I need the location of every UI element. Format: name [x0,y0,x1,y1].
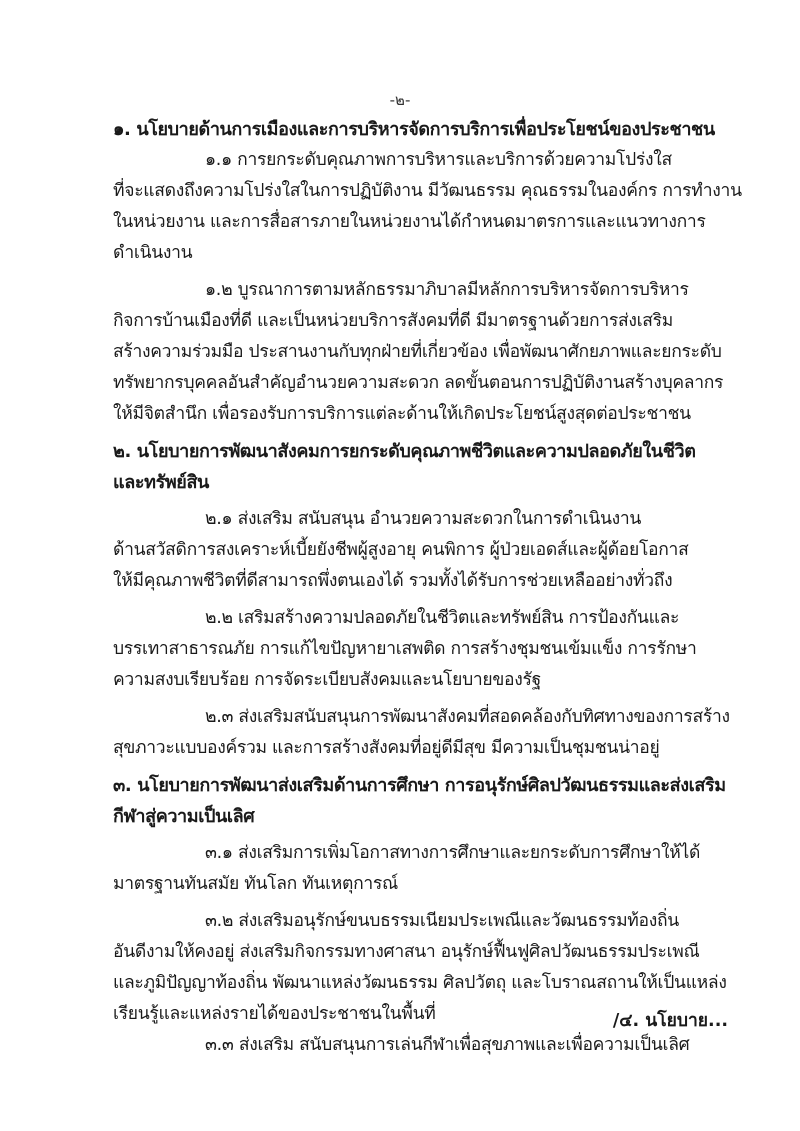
item-line: ๓.๑ ส่งเสริมการเพิ่มโอกาสทางการศึกษาและย… [113,838,735,869]
item-line: สร้างความร่วมมือ ประสานงานกับทุกฝ่ายที่เ… [113,337,735,368]
item-3-1: ๓.๑ ส่งเสริมการเพิ่มโอกาสทางการศึกษาและย… [113,838,735,900]
item-2-2: ๒.๒ เสริมสร้างความปลอดภัยในชีวิตและทรัพย… [113,603,735,696]
item-line: ๑.๒ บูรณาการตามหลักธรรมาภิบาลมีหลักการบร… [113,275,735,306]
item-1-1: ๑.๑ การยกระดับคุณภาพการบริหารและบริการด้… [113,145,735,269]
item-line: ๒.๑ ส่งเสริม สนับสนุน อำนวยความสะดวกในกา… [113,504,735,535]
item-line: มาตรฐานทันสมัย ทันโลก ทันเหตุการณ์ [113,869,735,900]
item-line: ๑.๑ การยกระดับคุณภาพการบริหารและบริการด้… [113,145,735,176]
document-page: -๒- ๑. นโยบายด้านการเมืองและการบริหารจัด… [0,0,800,1131]
item-line: ดำเนินงาน [113,238,735,269]
item-line: ๒.๒ เสริมสร้างความปลอดภัยในชีวิตและทรัพย… [113,603,735,634]
item-line: ด้านสวัสดิการสงเคราะห์เบี้ยยังชีพผู้สูงอ… [113,535,735,566]
section-heading: ๒. นโยบายการพัฒนาสังคมการยกระดับคุณภาพชี… [113,436,735,467]
item-line: อันดีงามให้คงอยู่ ส่งเสริมกิจกรรมทางศาสน… [113,937,735,968]
section-heading: และทรัพย์สิน [113,467,735,498]
section-heading: กีฬาสู่ความเป็นเลิศ [113,801,735,832]
item-1-2: ๑.๒ บูรณาการตามหลักธรรมาภิบาลมีหลักการบร… [113,275,735,430]
item-line: บรรเทาสาธารณภัย การแก้ไขปัญหายาเสพติด กา… [113,634,735,665]
page-number: -๒- [0,88,800,112]
item-line: สุขภาวะแบบองค์รวม และการสร้างสังคมที่อยู… [113,733,735,764]
item-line: ที่จะแสดงถึงความโปร่งใสในการปฏิบัติงาน ม… [113,176,735,207]
item-line: ๓.๒ ส่งเสริมอนุรักษ์ขนบธรรมเนียมประเพณีแ… [113,906,735,937]
section-2: ๒. นโยบายการพัฒนาสังคมการยกระดับคุณภาพชี… [113,436,735,764]
item-2-3: ๒.๓ ส่งเสริมสนับสนุนการพัฒนาสังคมที่สอดค… [113,702,735,764]
section-heading: ๑. นโยบายด้านการเมืองและการบริหารจัดการบ… [113,114,735,145]
item-line: กิจการบ้านเมืองที่ดี และเป็นหน่วยบริการส… [113,306,735,337]
document-body: ๑. นโยบายด้านการเมืองและการบริหารจัดการบ… [113,114,735,1061]
item-line: ทรัพยากรบุคคลอันสำคัญอำนวยความสะดวก ลดขั… [113,368,735,399]
item-line: ให้มีจิตสำนึก เพื่อรองรับการบริการแต่ละด… [113,399,735,430]
item-line: ให้มีคุณภาพชีวิตที่ดีสามารถพึ่งตนเองได้ … [113,566,735,597]
item-line: ความสงบเรียบร้อย การจัดระเบียบสังคมและนโ… [113,665,735,696]
continuation-reference: /๔. นโยบาย... [613,1006,728,1037]
item-line: ๒.๓ ส่งเสริมสนับสนุนการพัฒนาสังคมที่สอดค… [113,702,735,733]
item-line: ในหน่วยงาน และการสื่อสารภายในหน่วยงานได้… [113,207,735,238]
item-2-1: ๒.๑ ส่งเสริม สนับสนุน อำนวยความสะดวกในกา… [113,504,735,597]
section-1: ๑. นโยบายด้านการเมืองและการบริหารจัดการบ… [113,114,735,430]
section-heading: ๓. นโยบายการพัฒนาส่งเสริมด้านการศึกษา กา… [113,770,735,801]
item-line: และภูมิปัญญาท้องถิ่น พัฒนาแหล่งวัฒนธรรม … [113,968,735,999]
